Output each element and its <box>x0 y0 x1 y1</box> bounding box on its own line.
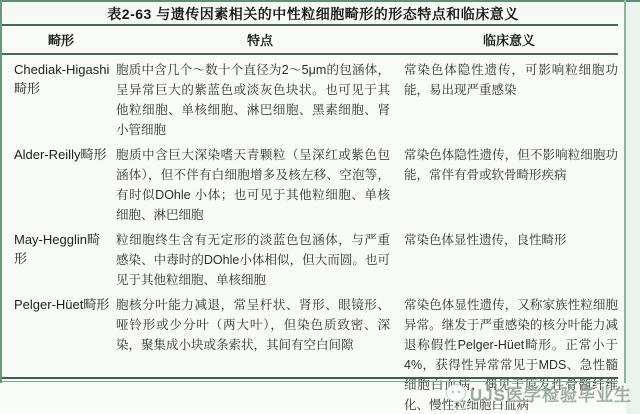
header-abnormality: 畸形 <box>2 31 120 51</box>
abnormality-name: Alder-Reilly畸形 <box>2 143 112 164</box>
abnormality-clinical: 常染色体隐性遗传，但不影响粒细胞功能，常伴有骨或软骨畸形疾病 <box>398 143 622 185</box>
abnormality-clinical: 常染色体显性遗传，良性畸形 <box>398 228 622 250</box>
header-clinical-significance: 临床意义 <box>400 31 618 51</box>
table-row: Chediak-Higashi畸形 胞质中含几个～数十个直径为2～5μm的包涵体… <box>2 58 622 140</box>
rule-bottom-thick <box>2 377 618 379</box>
table-row: Alder-Reilly畸形 胞质中含巨大深染嗜天青颗粒（呈深红或紫色包涵体），… <box>2 143 622 225</box>
table-row: May-Hegglin畸形 粒细胞终生含有无定形的淡蓝色包涵体，与严重感染、中毒… <box>2 228 622 290</box>
watermark: UJS医学检验毕业生 <box>446 380 632 406</box>
table-frame-right <box>624 0 626 383</box>
abnormality-features: 胞核分叶能力减退，常呈杆状、肾形、眼镜形、哑铃形或少分叶（两大叶），但染色质致密… <box>112 293 398 355</box>
abnormality-name: May-Hegglin畸形 <box>2 228 112 268</box>
abnormality-name: Chediak-Higashi畸形 <box>2 58 112 98</box>
abnormality-features: 胞质中含几个～数十个直径为2～5μm的包涵体，呈异常巨大的紫蓝色或淡灰色块状。也… <box>112 58 398 140</box>
header-features: 特点 <box>120 31 400 51</box>
rule-under-title <box>2 24 618 26</box>
table-frame-top <box>0 0 640 2</box>
abnormality-clinical: 常染色体隐性遗传，可影响粒细胞功能，易出现严重感染 <box>398 58 622 100</box>
mascot-face-icon <box>446 384 466 402</box>
table-title: 表2-63 与遗传因素相关的中性粒细胞畸形的形态特点和临床意义 <box>2 4 624 24</box>
table-body: Chediak-Higashi畸形 胞质中含几个～数十个直径为2～5μm的包涵体… <box>2 58 622 414</box>
photo-edge-tint <box>626 0 640 414</box>
abnormality-name: Pelger-Hüet畸形 <box>2 293 112 314</box>
abnormality-features: 胞质中含巨大深染嗜天青颗粒（呈深红或紫色包涵体），但不伴有白细胞增多及核左移、空… <box>112 143 398 225</box>
rule-under-header <box>2 53 618 55</box>
abnormality-features: 粒细胞终生含有无定形的淡蓝色包涵体，与严重感染、中毒时的DOhle小体相似，但大… <box>112 228 398 290</box>
watermark-text: UJS医学检验毕业生 <box>470 381 632 406</box>
table-header-row: 畸形 特点 临床意义 <box>2 31 618 51</box>
